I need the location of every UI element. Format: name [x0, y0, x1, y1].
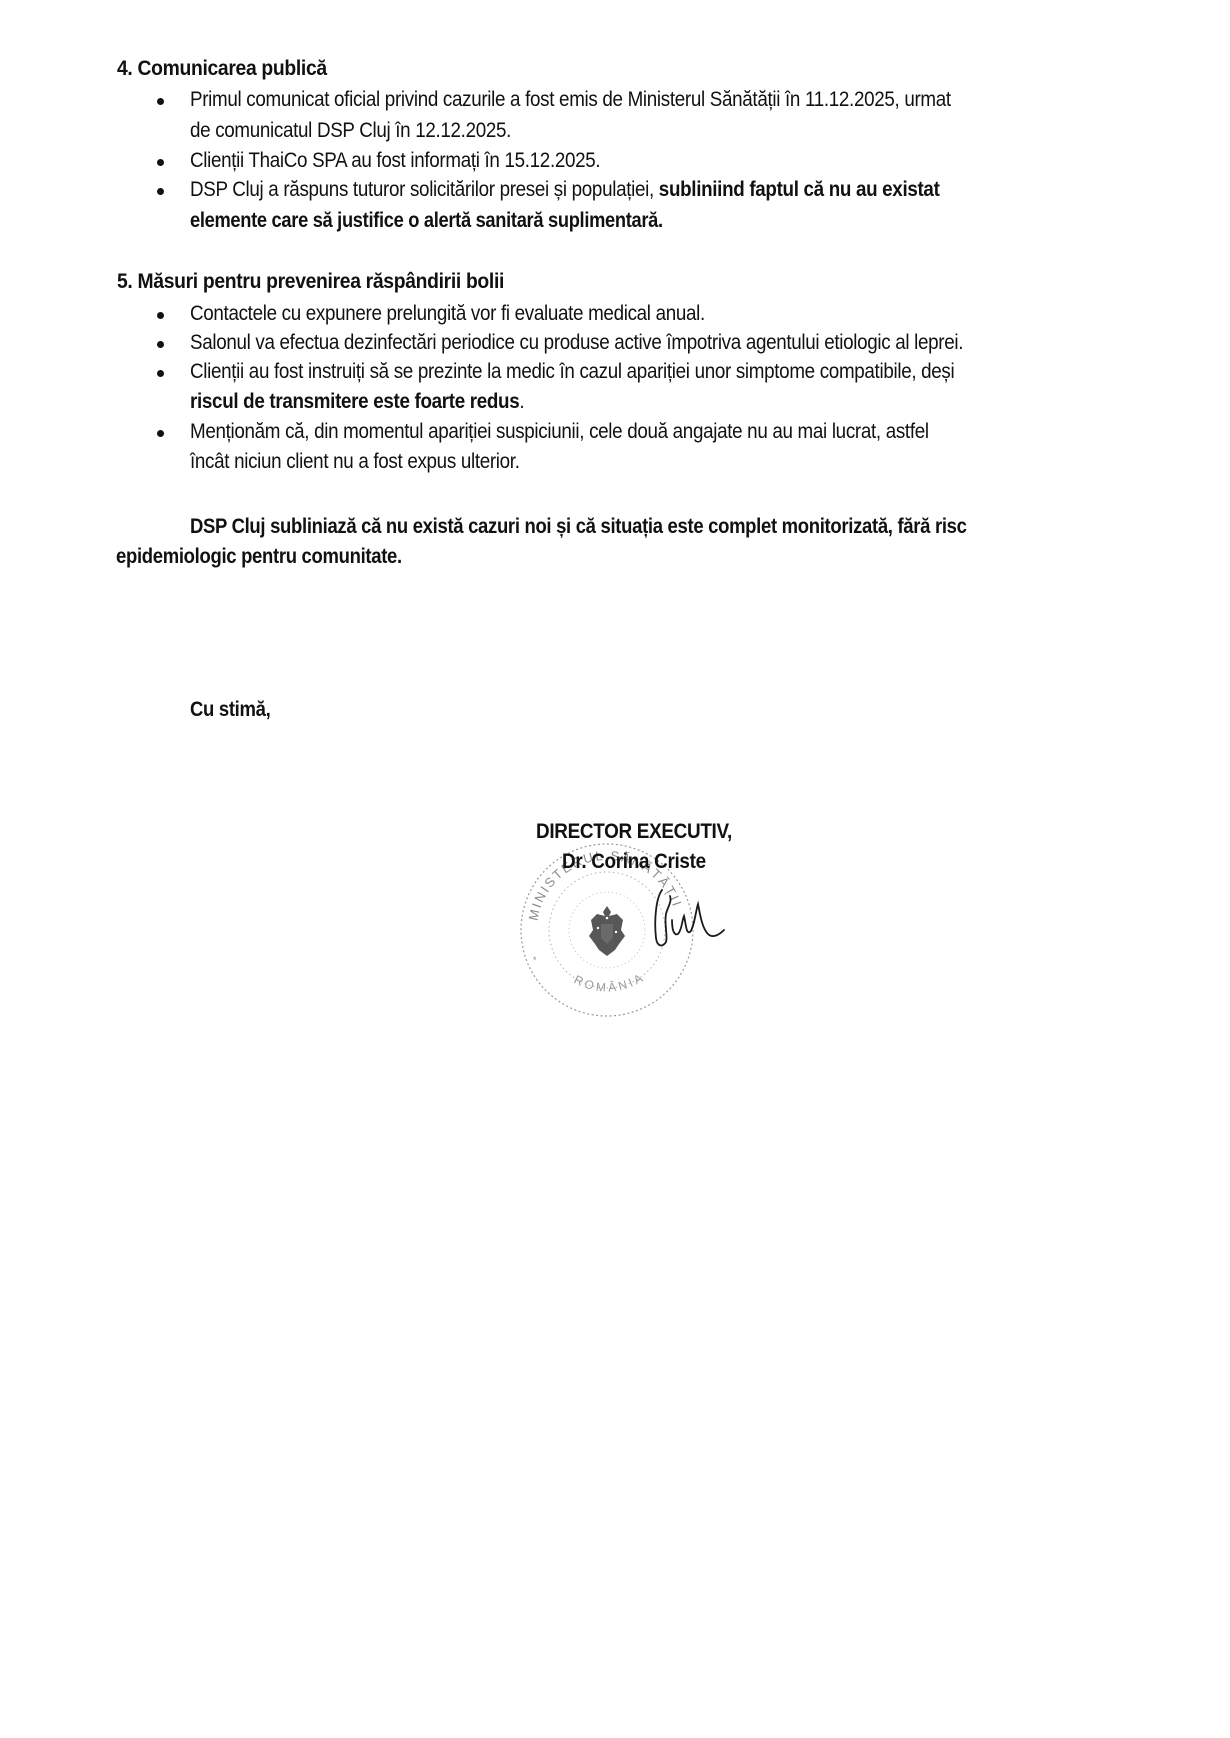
text: Primul comunicat oficial privind cazuril… — [190, 88, 951, 111]
bold-text: elemente care să justifice o alertă sani… — [190, 209, 663, 232]
text: Contactele cu expunere prelungită vor fi… — [190, 302, 705, 325]
stamp-text-bottom: ROMÂNIA — [572, 969, 648, 994]
section-5-item-3-line-1: Clienții au fost instruiți să se prezint… — [190, 359, 954, 385]
bullet-icon — [157, 98, 164, 105]
section-5-heading: 5. Măsuri pentru prevenirea răspândirii … — [117, 269, 504, 295]
bullet-icon — [157, 188, 164, 195]
section-4-item-3-line-1: DSP Cluj a răspuns tuturor solicitărilor… — [190, 177, 940, 203]
bold-text: subliniind faptul că nu au existat — [659, 178, 940, 201]
text: Clienții ThaiCo SPA au fost informați în… — [190, 149, 600, 172]
bullet-icon — [157, 341, 164, 348]
text: Salonul va efectua dezinfectări periodic… — [190, 331, 963, 354]
text: . — [519, 390, 524, 413]
section-4-item-2-line-1: Clienții ThaiCo SPA au fost informați în… — [190, 148, 600, 174]
text: de comunicatul DSP Cluj în 12.12.2025. — [190, 119, 511, 142]
section-4-item-3-line-2: elemente care să justifice o alertă sani… — [190, 208, 663, 234]
section-5-item-4-line-1: Menționăm că, din momentul apariției sus… — [190, 419, 929, 445]
section-5-item-2-line-1: Salonul va efectua dezinfectări periodic… — [190, 330, 963, 356]
signature-title: DIRECTOR EXECUTIV, — [536, 819, 732, 845]
section-5-item-3-line-2: riscul de transmitere este foarte redus. — [190, 389, 524, 415]
bullet-icon — [157, 370, 164, 377]
section-4-item-1-line-2: de comunicatul DSP Cluj în 12.12.2025. — [190, 118, 511, 144]
text: DSP Cluj a răspuns tuturor solicitărilor… — [190, 178, 659, 201]
bullet-icon — [157, 312, 164, 319]
svg-text:*: * — [533, 955, 537, 965]
signatory-name: Dr. Corina Criste — [562, 849, 706, 875]
bullet-icon — [157, 430, 164, 437]
section-4-heading: 4. Comunicarea publică — [117, 56, 327, 82]
text: încât niciun client nu a fost expus ulte… — [190, 450, 520, 473]
bold-text: riscul de transmitere este foarte redus — [190, 390, 519, 413]
handwritten-signature-icon — [648, 880, 738, 960]
text: Clienții au fost instruiți să se prezint… — [190, 360, 954, 383]
section-5-item-1-line-1: Contactele cu expunere prelungită vor fi… — [190, 301, 705, 327]
text: Menționăm că, din momentul apariției sus… — [190, 420, 929, 443]
coat-of-arms-icon — [589, 906, 625, 956]
salutation: Cu stimă, — [190, 697, 270, 723]
section-4-item-1-line-1: Primul comunicat oficial privind cazuril… — [190, 87, 951, 113]
svg-text:ROMÂNIA: ROMÂNIA — [572, 969, 648, 994]
closing-statement-line-1: DSP Cluj subliniază că nu există cazuri … — [190, 514, 967, 540]
closing-statement-line-2: epidemiologic pentru comunitate. — [116, 544, 402, 570]
bullet-icon — [157, 159, 164, 166]
section-5-item-4-line-2: încât niciun client nu a fost expus ulte… — [190, 449, 520, 475]
